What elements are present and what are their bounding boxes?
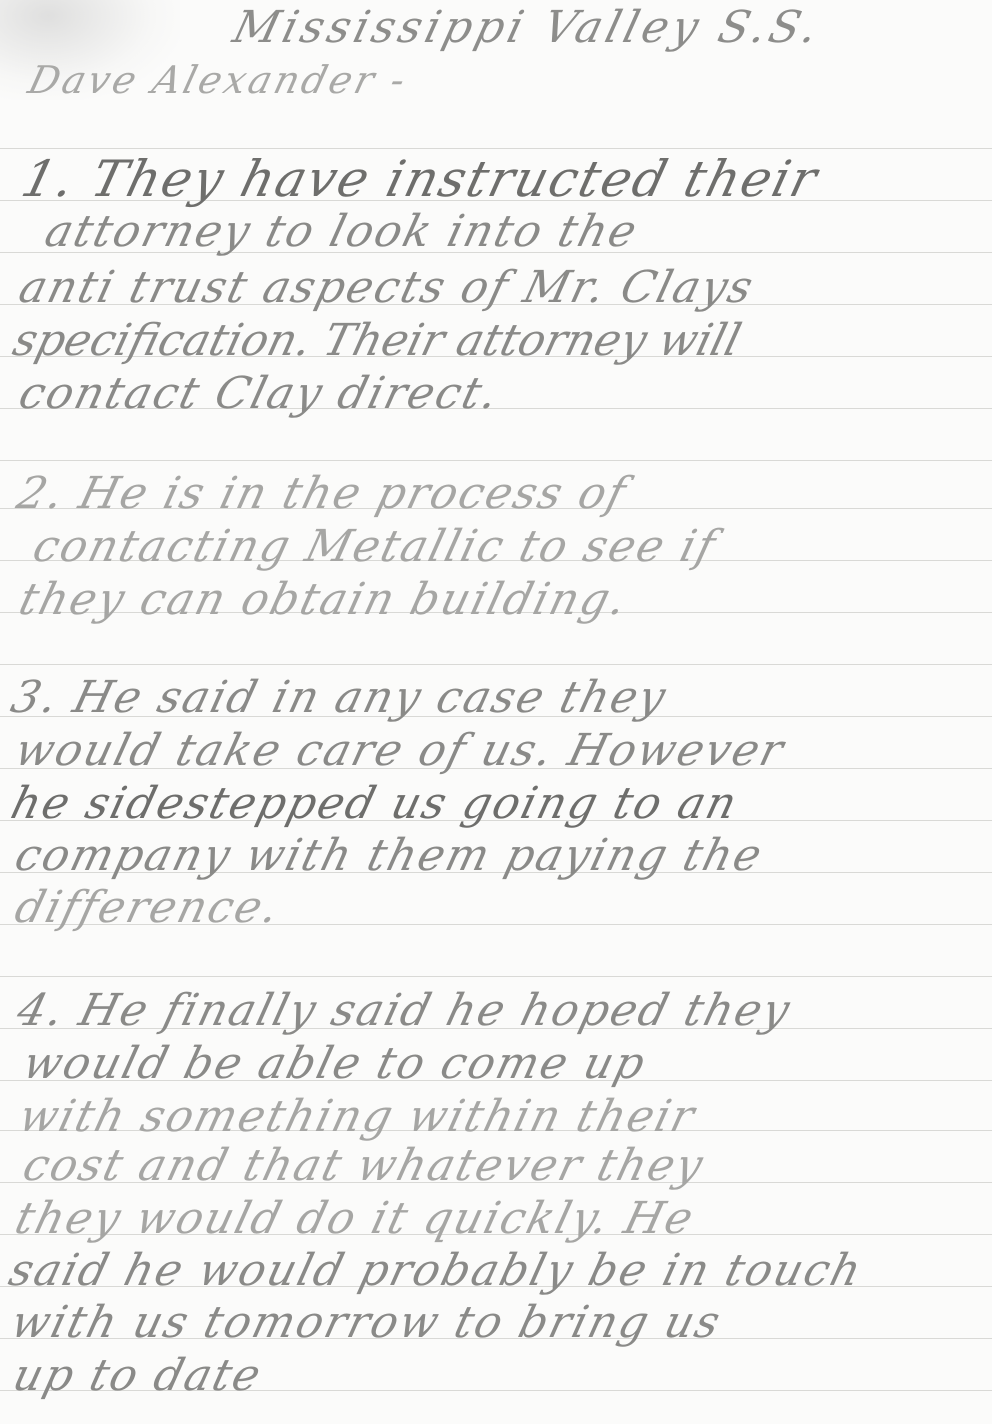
item-4-line-1: 4. He finally said he hoped they: [12, 985, 796, 1036]
ruled-line: [0, 664, 992, 665]
item-4-line-5: they would do it quickly. He: [10, 1193, 700, 1244]
ruled-line: [0, 148, 992, 149]
item-4-line-2: would be able to come up: [18, 1038, 652, 1089]
page-heading: Mississippi Valley S.S.: [228, 2, 827, 53]
item-3-line-3: he sidestepped us going to an: [6, 778, 744, 829]
item-1-line-2: attorney to look into the: [40, 206, 644, 257]
item-1-line-1: 1. They have instructed their: [16, 150, 825, 208]
item-1-line-4: specification. Their attorney will: [8, 315, 746, 366]
item-4-line-6: said he would probably be in touch: [4, 1245, 868, 1296]
salutation: Dave Alexander -: [24, 58, 413, 102]
ruled-line: [0, 976, 992, 977]
ruled-line: [0, 460, 992, 461]
item-1-line-5: contact Clay direct.: [14, 368, 505, 419]
item-3-line-1: 3. He said in any case they: [6, 672, 672, 723]
item-2-line-2: contacting Metallic to see if: [28, 521, 722, 572]
item-3-line-5: difference.: [10, 882, 286, 933]
item-4-line-3: with something within their: [14, 1091, 701, 1142]
item-4-line-7: with us tomorrow to bring us: [6, 1297, 727, 1348]
item-3-line-4: company with them paying the: [10, 830, 769, 881]
item-4-line-4: cost and that whatever they: [18, 1140, 710, 1191]
item-4-line-8: up to date: [8, 1350, 267, 1401]
item-2-line-1: 2. He is in the process of: [12, 468, 632, 519]
item-3-line-2: would take care of us. However: [10, 725, 790, 776]
item-2-line-3: they can obtain building.: [14, 574, 633, 625]
item-1-line-3: anti trust aspects of Mr. Clays: [14, 262, 760, 313]
